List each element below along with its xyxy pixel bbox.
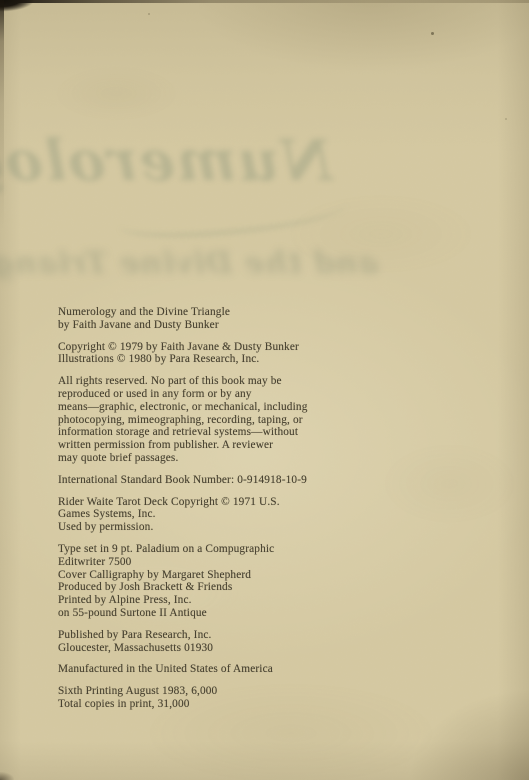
paper-speck [505,118,507,120]
showthrough-title-text: Numerology [62,128,332,194]
text-line: by Faith Javane and Dusty Bunker [58,319,388,332]
book-page: Numerology and the Divine Triangle Numer… [0,0,529,780]
paragraph: Numerology and the Divine Triangleby Fai… [58,306,388,332]
text-line: Editwriter 7500 [58,556,388,569]
paragraph: International Standard Book Number: 0-91… [58,474,388,487]
text-line: Published by Para Research, Inc. [58,629,388,642]
text-line: means—graphic, electronic, or mechanical… [58,401,388,414]
page-top-edge-shadow [0,0,529,3]
text-line: may quote brief passages. [58,452,388,465]
text-line: written permission from publisher. A rev… [58,439,388,452]
text-line: Numerology and the Divine Triangle [58,306,388,319]
paragraph: Rider Waite Tarot Deck Copyright © 1971 … [58,496,388,534]
text-line: Rider Waite Tarot Deck Copyright © 1971 … [58,496,388,509]
text-line: Cover Calligraphy by Margaret Shepherd [58,569,388,582]
text-line: Total copies in print, 31,000 [58,698,388,711]
top-left-corner-shadow [0,0,44,15]
text-line: on 55-pound Surtone II Antique [58,607,388,620]
text-line: photocopying, mimeographing, recording, … [58,414,388,427]
text-line: Games Systems, Inc. [58,508,388,521]
paragraph: Published by Para Research, Inc.Gloucest… [58,629,388,655]
text-line: Copyright © 1979 by Faith Javane & Dusty… [58,341,388,354]
left-edge-shadow [0,0,4,230]
paragraph: All rights reserved. No part of this boo… [58,375,388,465]
text-line: Printed by Alpine Press, Inc. [58,594,388,607]
text-line: Used by permission. [58,521,388,534]
paragraph: Type set in 9 pt. Paladium on a Compugra… [58,543,388,620]
copyright-text-block: Numerology and the Divine Triangleby Fai… [58,306,388,720]
showthrough-subtitle-text: and the Divine Triangle [78,246,378,281]
text-line: All rights reserved. No part of this boo… [58,375,388,388]
text-line: Type set in 9 pt. Paladium on a Compugra… [58,543,388,556]
text-line: Illustrations © 1980 by Para Research, I… [58,353,388,366]
text-line: reproduced or used in any form or by any [58,388,388,401]
paper-speck [431,32,434,35]
text-line: Sixth Printing August 1983, 6,000 [58,685,388,698]
paragraph: Manufactured in the United States of Ame… [58,663,388,676]
bottom-left-edge-shadow [0,772,14,780]
text-line: International Standard Book Number: 0-91… [58,474,388,487]
text-line: information storage and retrieval system… [58,426,388,439]
paper-speck [148,13,150,15]
text-line: Produced by Josh Brackett & Friends [58,581,388,594]
paragraph: Sixth Printing August 1983, 6,000Total c… [58,685,388,711]
paragraph: Copyright © 1979 by Faith Javane & Dusty… [58,341,388,367]
text-line: Gloucester, Massachusetts 01930 [58,642,388,655]
showthrough-flourish [117,188,349,242]
text-line: Manufactured in the United States of Ame… [58,663,388,676]
